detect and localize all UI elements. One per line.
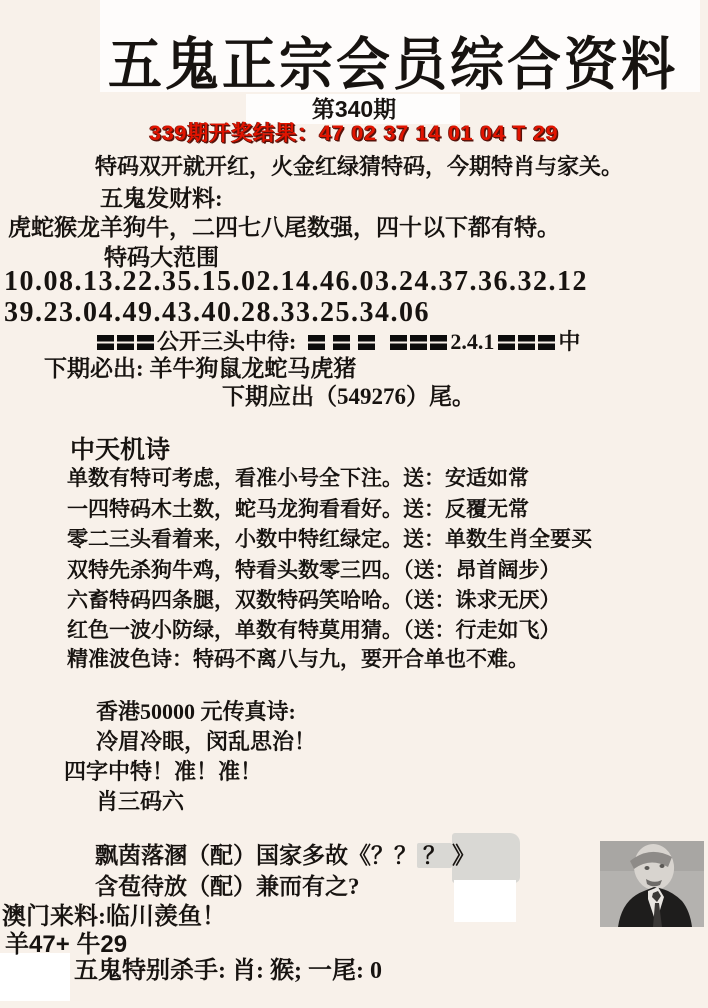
three-heads-suffix: 中 xyxy=(558,329,580,354)
next-issue-tails: 下期应出（549276）尾。 xyxy=(222,384,475,410)
portrait-photo xyxy=(600,841,704,927)
special-numbers-row-2: 39.23.04.49.43.40.28.33.25.34.06 xyxy=(4,297,430,329)
sky-poem-header: 中天机诗 xyxy=(70,437,170,466)
pairing-line-1-prefix: 飘茵落溷（配）国家多故《？？ xyxy=(95,843,417,868)
censored-block-icon xyxy=(388,330,448,355)
censored-block-icon xyxy=(496,330,556,355)
pairing-line-1-suffix: 》 xyxy=(452,843,475,868)
next-issue-must-out: 下期必出: 羊牛狗鼠龙蛇马虎猪 xyxy=(44,356,356,382)
sky-poem-line: 双特先杀狗牛鸡，特看头数零三四。（送：昂首阔步） xyxy=(67,558,561,582)
previous-draw-result: 339期开奖结果：47 02 37 14 01 04 T 29 xyxy=(0,122,708,146)
fortune-line: 虎蛇猴龙羊狗牛，二四七八尾数强，四十以下都有特。 xyxy=(8,215,560,241)
issue-number: 第340期 xyxy=(0,96,708,122)
sky-poem-line: 六畜特码四条腿，双数特码笑哈哈。（送：诛求无厌） xyxy=(67,588,561,612)
censored-block-icon xyxy=(95,330,155,355)
scan-white-patch xyxy=(0,953,70,1001)
fax-poem-line: 冷眉冷眼，闵乱思治！ xyxy=(96,729,316,754)
sky-poem-line: 红色一波小防绿，单数有特莫用猜。（送：行走如飞） xyxy=(67,618,561,642)
sky-poem-line: 一四特码木土数，蛇马龙狗看看好。送：反覆无常 xyxy=(67,497,529,521)
pairing-line-1: 飘茵落溷（配）国家多故《？？？》 xyxy=(95,843,475,869)
pairing-line-2: 含苞待放（配）兼而有之? xyxy=(95,874,360,900)
fax-poem-header: 香港50000 元传真诗: xyxy=(96,699,296,724)
fax-poem-line: 肖三码六 xyxy=(96,789,184,814)
special-numbers-row-1: 10.08.13.22.35.15.02.14.46.03.24.37.36.3… xyxy=(4,266,588,298)
macau-source-line: 澳门来料:临川羡鱼！ xyxy=(2,904,226,932)
fax-poem-line: 四字中特！准！准！ xyxy=(64,759,262,784)
three-heads-code: 2.4.1 xyxy=(450,329,494,354)
censored-block-icon xyxy=(304,330,379,355)
intro-line: 特码双开就开红，火金红绿猜特码，今期特肖与家关。 xyxy=(95,154,623,179)
scan-white-patch xyxy=(454,880,516,922)
fortune-header: 五鬼发财料: xyxy=(100,186,223,212)
pairing-masked-question: ？ xyxy=(417,843,452,868)
sky-poem-line: 单数有特可考虑，看准小号全下注。送：安适如常 xyxy=(67,466,529,490)
sky-poem-line: 精准波色诗：特码不离八与九，要开合单也不难。 xyxy=(67,647,529,671)
macau-zodiac-line: 羊47+ 牛29 xyxy=(5,931,127,959)
lottery-sheet-page: { "header": { "title": "五鬼正宗会员综合资料", "is… xyxy=(0,0,708,1008)
sky-poem-line: 零二三头看着来，小数中特红绿定。送：单数生肖全要买 xyxy=(67,527,592,551)
page-title: 五鬼正宗会员综合资料 xyxy=(108,32,678,97)
special-killer-line: 五鬼特别杀手: 肖: 猴; 一尾: 0 xyxy=(74,958,382,986)
three-heads-line: 公开三头中待: 2.4.1中 xyxy=(93,329,580,355)
three-heads-label: 公开三头中待: xyxy=(157,329,296,354)
